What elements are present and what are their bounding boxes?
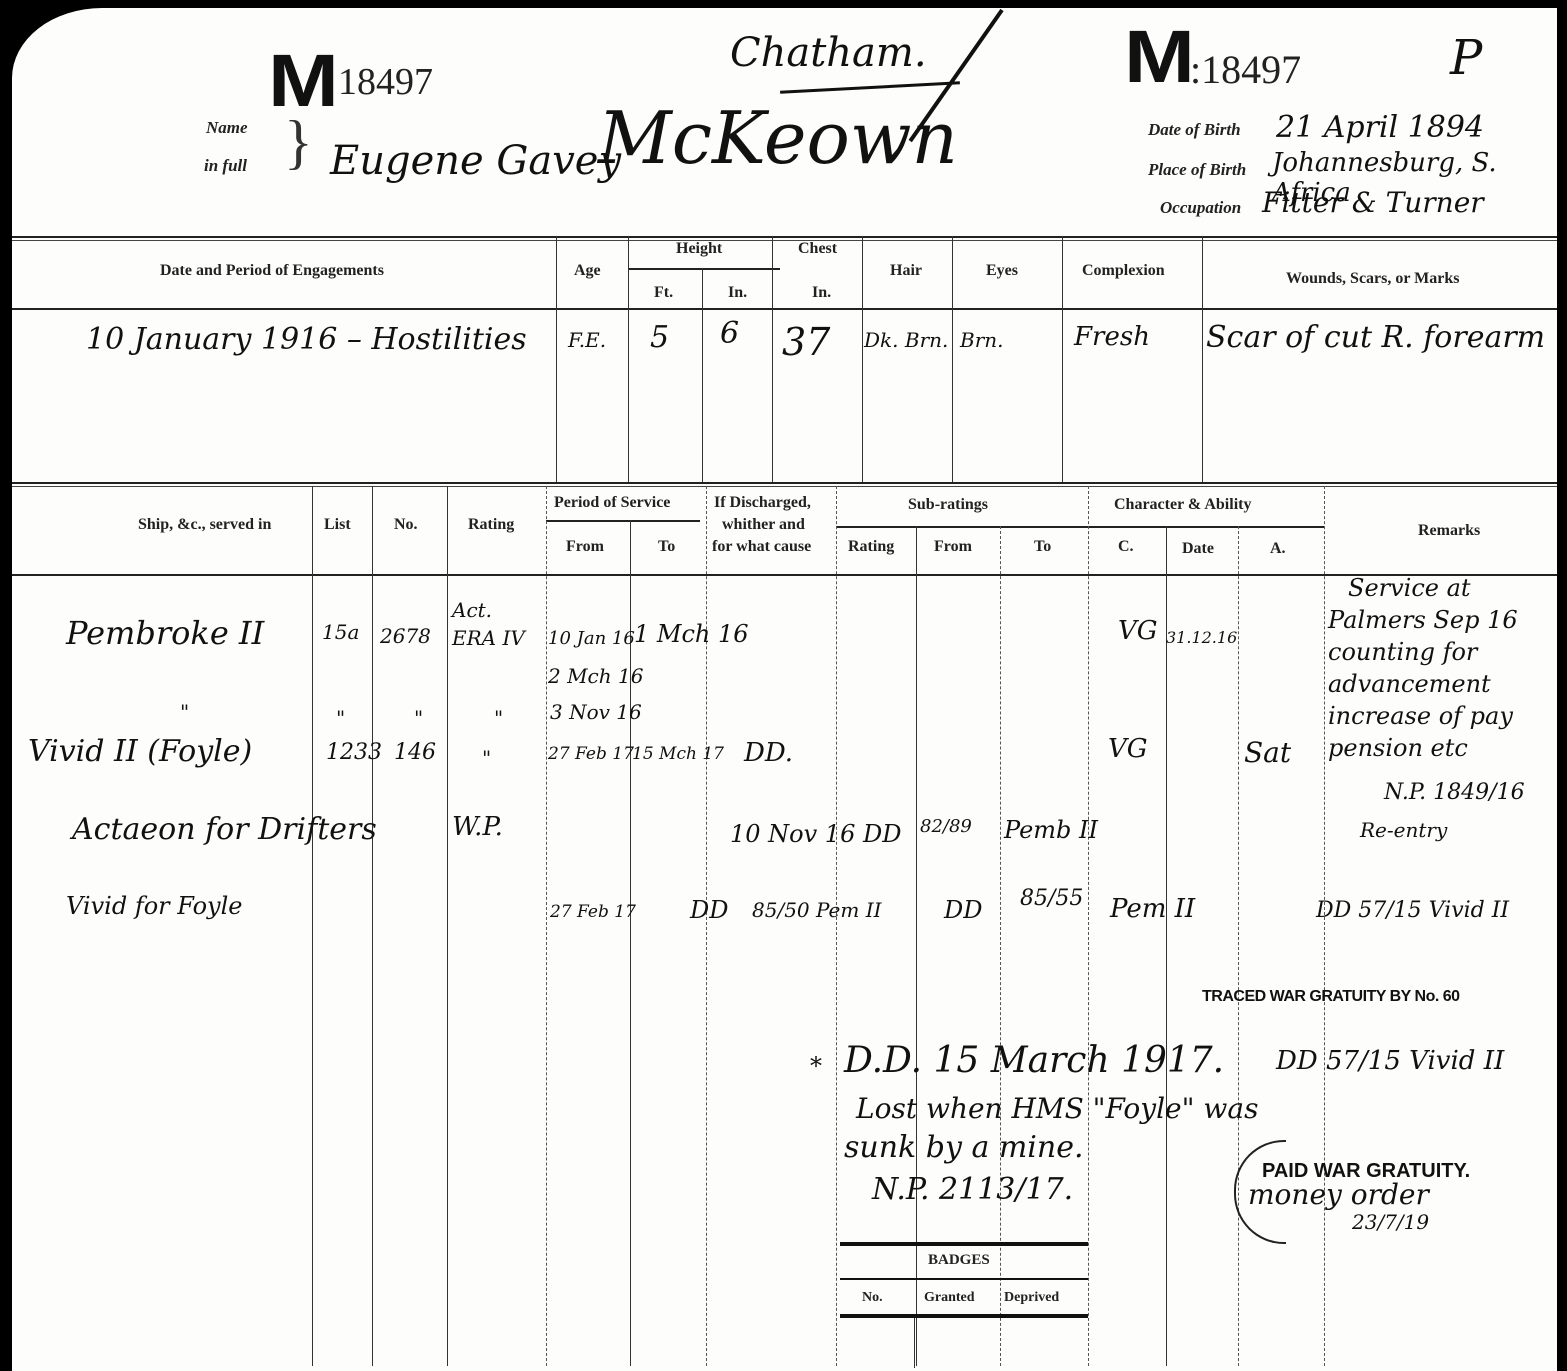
row2-ditto-list: " — [336, 706, 345, 730]
row2-list: 1233 — [326, 740, 382, 765]
badges-col-deprived: Deprived — [1004, 1290, 1059, 1306]
row1-list: 15a — [322, 620, 359, 644]
height-in-value: 6 — [720, 316, 739, 351]
row4-from: 27 Feb 17 — [550, 902, 636, 922]
header-eyes: Eyes — [986, 262, 1018, 280]
header-remarks: Remarks — [1418, 522, 1480, 540]
header-sub-rating: Rating — [848, 538, 894, 556]
row2-ditto-rating: " — [494, 706, 503, 730]
header-discharged-1: If Discharged, — [714, 494, 811, 512]
death-ref: DD 57/15 Vivid II — [1276, 1046, 1504, 1076]
header-character-ability: Character & Ability — [1114, 496, 1251, 514]
row1-no: 2678 — [380, 624, 431, 648]
cause-line-1: Lost when HMS "Foyle" was — [856, 1092, 1258, 1125]
corner-mark: P — [1450, 30, 1482, 86]
row2-character: VG — [1108, 734, 1148, 764]
header-rating: Rating — [468, 516, 514, 534]
row1-to: 1 Mch 16 — [634, 620, 749, 648]
official-number: 18497 — [338, 60, 433, 104]
row2-to: 15 Mch 17 — [632, 744, 724, 764]
row3-discharged: 10 Nov 16 DD — [730, 820, 901, 848]
header-c: C. — [1118, 538, 1134, 556]
header-period: Period of Service — [554, 494, 670, 512]
header-wounds: Wounds, Scars, or Marks — [1286, 270, 1460, 288]
chest-value: 37 — [782, 320, 830, 364]
age-value: F.E. — [568, 328, 606, 352]
header-date: Date — [1182, 540, 1214, 558]
remarks-line-2: Palmers Sep 16 — [1328, 604, 1518, 636]
row2-from: 27 Feb 17 — [548, 744, 634, 764]
death-asterisk: * — [810, 1052, 822, 1080]
badges-col-no: No. — [862, 1290, 883, 1306]
header-chest-in: In. — [812, 284, 831, 302]
row4-sub-to: Pem II — [1110, 894, 1195, 924]
header-complexion: Complexion — [1082, 262, 1165, 280]
np-ref: N.P. 2113/17. — [872, 1172, 1073, 1207]
wounds-value: Scar of cut R. forearm — [1206, 320, 1545, 355]
port-division: Chatham. — [730, 30, 927, 76]
badges-col-granted: Granted — [924, 1290, 975, 1306]
name-label-in-full: in full — [204, 156, 247, 176]
name-brace: } — [284, 112, 313, 172]
death-line: D.D. 15 March 1917. — [844, 1040, 1224, 1081]
row1-from-2: 2 Mch 16 — [548, 664, 643, 688]
remarks-line-5: increase of pay — [1328, 700, 1518, 732]
remarks-line-3: counting for — [1328, 636, 1518, 668]
row1-from-3: 3 Nov 16 — [550, 700, 642, 724]
official-number-right: :18497 — [1190, 46, 1301, 93]
official-number-prefix-right: M — [1124, 20, 1193, 94]
header-age: Age — [574, 262, 601, 280]
hair-value: Dk. Brn. — [864, 328, 948, 352]
row2-ditto-no: " — [414, 706, 423, 730]
row1-rating: ERA IV — [452, 626, 525, 650]
occupation-value: Fitter & Turner — [1262, 186, 1484, 219]
header-subratings: Sub-ratings — [908, 496, 988, 514]
header-to: To — [658, 538, 675, 556]
row2-ability: Sat — [1244, 736, 1291, 769]
header-hair: Hair — [890, 262, 922, 280]
complexion-value: Fresh — [1074, 322, 1150, 352]
row1-date: 31.12.16 — [1166, 628, 1237, 647]
height-ft-value: 5 — [650, 320, 669, 355]
eyes-value: Brn. — [960, 328, 1004, 352]
row2-no: 146 — [394, 740, 436, 765]
name-surname: McKeown — [598, 96, 958, 180]
row3-list: W.P. — [452, 812, 503, 842]
header-from: From — [566, 538, 604, 556]
header-no: No. — [394, 516, 418, 534]
header-sub-from: From — [934, 538, 972, 556]
traced-gratuity-stamp: TRACED WAR GRATUITY BY No. 60 — [1202, 988, 1460, 1006]
occupation-label: Occupation — [1160, 198, 1241, 218]
header-sub-to: To — [1034, 538, 1051, 556]
row4-to-2: 85/50 Pem II — [752, 898, 882, 922]
row3-sub-rating: 82/89 — [920, 816, 972, 837]
paid-method: money order — [1248, 1178, 1429, 1211]
row4-remarks: DD 57/15 Vivid II — [1316, 898, 1509, 923]
official-number-prefix: M — [268, 44, 337, 118]
header-height-ft: Ft. — [654, 284, 673, 302]
remarks-line-1: Service at — [1328, 572, 1518, 604]
row2-ditto-ship: " — [180, 700, 189, 724]
header-a: A. — [1270, 540, 1286, 558]
row2-discharged: DD. — [744, 738, 793, 768]
dob-label: Date of Birth — [1148, 120, 1241, 140]
header-discharged-2: whither and — [722, 516, 805, 534]
engagement-value: 10 January 1916 – Hostilities — [86, 322, 527, 357]
header-discharged-3: for what cause — [712, 538, 811, 556]
header-engagements: Date and Period of Engagements — [160, 262, 384, 280]
header-ship: Ship, &c., served in — [138, 516, 271, 534]
remarks-service-note: Service at Palmers Sep 16 counting for a… — [1328, 572, 1518, 764]
row2-rating: " — [482, 746, 491, 770]
row4-sub-from: 85/55 — [1020, 886, 1083, 911]
header-height-in: In. — [728, 284, 747, 302]
row2-ship: Vivid II (Foyle) — [28, 734, 252, 769]
reentry-note: Re-entry — [1360, 818, 1447, 842]
name-label: Name — [206, 118, 248, 138]
row3-sub-from: Pemb II — [1004, 816, 1098, 844]
paid-date: 23/7/19 — [1352, 1210, 1429, 1234]
row4-to: DD — [690, 896, 728, 924]
remarks-line-4: advancement — [1328, 668, 1518, 700]
pob-label: Place of Birth — [1148, 160, 1246, 180]
header-chest: Chest — [798, 240, 837, 258]
row3-ship: Actaeon for Drifters — [72, 812, 377, 847]
cause-line-2: sunk by a mine. — [844, 1130, 1084, 1165]
dob-value: 21 April 1894 — [1276, 110, 1484, 145]
header-list: List — [324, 516, 351, 534]
row1-character: VG — [1118, 616, 1158, 646]
row4-sub-rating: DD — [944, 896, 982, 924]
remarks-line-6: pension etc — [1328, 732, 1518, 764]
np-note: N.P. 1849/16 — [1384, 780, 1525, 805]
row4-ship: Vivid for Foyle — [66, 892, 242, 920]
row1-ship: Pembroke II — [66, 614, 264, 652]
header-height: Height — [676, 240, 722, 258]
row1-rating-acting: Act. — [452, 598, 492, 622]
row1-from: 10 Jan 16 — [548, 628, 635, 649]
name-given: Eugene Gavey — [330, 138, 621, 184]
badges-title: BADGES — [928, 1252, 990, 1269]
